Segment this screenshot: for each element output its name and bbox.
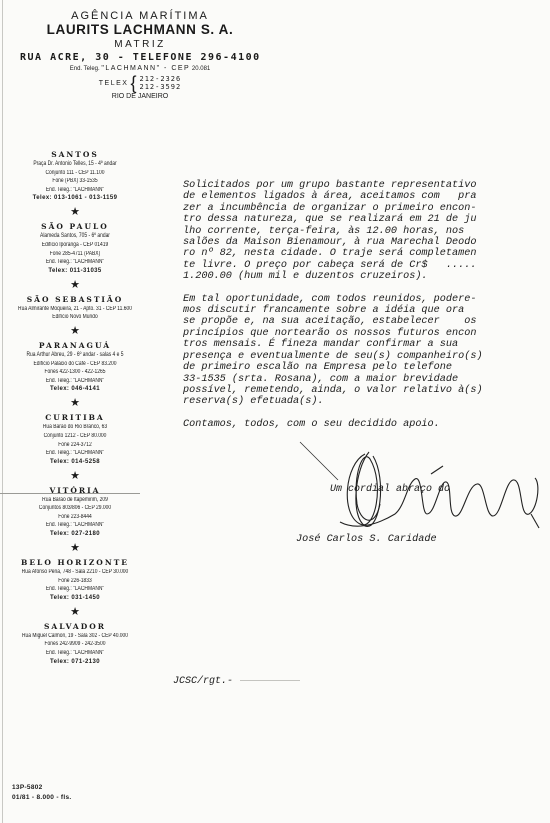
branch-detail: Edifício Novo Mundo bbox=[15, 313, 135, 322]
letter-line: Solicitados por um grupo bastante repres… bbox=[183, 180, 523, 191]
branch-detail: Conjunto 111 - CEP 11.100 bbox=[15, 169, 135, 178]
branch-detail: Fone 223-8444 bbox=[15, 513, 135, 522]
branch-telex: Telex: 013-1061 - 013-1159 bbox=[2, 194, 148, 203]
letter-line: te livre. O preço por cabeça será de Cr$… bbox=[183, 260, 523, 271]
branch-detail: Conjuntos 803/806 - CEP 29.000 bbox=[15, 504, 135, 513]
branch-detail: Rua Afonso Pena, 748 - Sala 2210 - CEP 3… bbox=[15, 568, 135, 577]
letter-line: reserva(s) efetuada(s). bbox=[183, 396, 523, 407]
branch-office: SANTOSPraça Dr. Antonio Telles, 15 - 4º … bbox=[2, 150, 148, 203]
letter-line: se propõe e, na sua aceitação, estabelec… bbox=[183, 316, 523, 327]
city: RIO DE JANEIRO bbox=[40, 92, 240, 102]
telegraph-address: End. Teleg. "LACHMANN" - CEP 20.081 bbox=[40, 64, 240, 74]
branch-detail: End. Teleg.: "LACHMANN" bbox=[15, 649, 135, 658]
letter-line: 1.200.00 (hum mil e duzentos cruzeiros). bbox=[183, 271, 523, 282]
print-run: 01/81 - 8.000 - fls. bbox=[12, 793, 71, 803]
letter-line: tro dessa natureza, que se realizará em … bbox=[183, 214, 523, 225]
branch-detail: Rua Barão de Itapemirim, 209 bbox=[15, 496, 135, 505]
branch-detail: Alameda Santos, 705 - 6º andar bbox=[15, 232, 135, 241]
telegraph-name: "LACHMANN" - CEP bbox=[101, 65, 190, 72]
branch-telex: Telex: 031-1450 bbox=[2, 594, 148, 603]
star-icon: ★ bbox=[2, 324, 148, 338]
branch-detail: End. Teleg.: "LACHMANN" bbox=[15, 186, 135, 195]
branch-office: SALVADORRua Miguel Calmon, 19 - Sala 302… bbox=[2, 622, 148, 667]
form-code: 13P-5802 bbox=[12, 783, 71, 793]
branch-detail: Edifício Iporanga - CEP 01419 bbox=[15, 241, 135, 250]
letter-paragraph: Em tal oportunidade, com todos reunidos,… bbox=[183, 294, 523, 408]
letter-line: mos discutir francamente sobre a idéia q… bbox=[183, 305, 523, 316]
letter-paragraph: Contamos, todos, com o seu decidido apoi… bbox=[183, 419, 523, 430]
branch-detail: Fone (PBX) 33-1535 bbox=[15, 177, 135, 186]
branch-telex: Telex: 046-4141 bbox=[2, 385, 148, 394]
signature-stroke-icon bbox=[298, 440, 348, 490]
telegraph-prefix: End. Teleg. bbox=[70, 66, 102, 72]
branch-name: VITÓRIA bbox=[2, 486, 148, 496]
branch-detail: End. Teleg.: "LACHMANN" bbox=[15, 377, 135, 386]
telex-block: TELEX { 212-2326 212-3592 bbox=[40, 75, 240, 91]
letter-line: tros mensais. É fineza mandar confirmar … bbox=[183, 339, 523, 350]
branch-detail: Rua Barão do Rio Branco, 63 bbox=[15, 423, 135, 432]
branch-detail: Fone 224-3712 bbox=[15, 441, 135, 450]
branch-office: PARANAGUÁRua Arthur Abreu, 29 - 6º andar… bbox=[2, 341, 148, 394]
letterhead: AGÊNCIA MARÍTIMA LAURITS LACHMANN S. A. … bbox=[40, 10, 240, 102]
branch-office: CURITIBARua Barão do Rio Branco, 63Conju… bbox=[2, 413, 148, 466]
branch-detail: Fone 285-4711 (PABX) bbox=[15, 250, 135, 259]
star-icon: ★ bbox=[2, 541, 148, 555]
branch-office: SÃO SEBASTIÃORua Almirante Moqueira, 21 … bbox=[2, 295, 148, 322]
branch-telex: Telex: 014-5258 bbox=[2, 458, 148, 467]
office-label: MATRIZ bbox=[40, 38, 240, 52]
branch-detail: Praça Dr. Antonio Telles, 15 - 4º andar bbox=[15, 160, 135, 169]
star-icon: ★ bbox=[2, 469, 148, 483]
letter-body: Solicitados por um grupo bastante repres… bbox=[183, 180, 523, 430]
telex-numbers: 212-2326 212-3592 bbox=[139, 75, 181, 91]
letter-line: Em tal oportunidade, com todos reunidos,… bbox=[183, 294, 523, 305]
closing-salutation: Um cordial abraço do bbox=[330, 484, 450, 495]
letter-line: 33-1535 (srta. Rosana), com a maior brev… bbox=[183, 374, 523, 385]
branch-detail: End. Teleg.: "LACHMANN" bbox=[15, 449, 135, 458]
star-icon: ★ bbox=[2, 205, 148, 219]
branch-name: SALVADOR bbox=[2, 622, 148, 632]
branch-detail: Fones 422-1300 - 422-1265 bbox=[15, 368, 135, 377]
letter-line: de elementos ligados à área, aceitamos c… bbox=[183, 191, 523, 202]
branch-name: SÃO PAULO bbox=[2, 222, 148, 232]
letter-line: Contamos, todos, com o seu decidido apoi… bbox=[183, 419, 523, 430]
letter-page: AGÊNCIA MARÍTIMA LAURITS LACHMANN S. A. … bbox=[0, 0, 550, 823]
branch-detail: Conjunto 1212 - CEP 80.000 bbox=[15, 432, 135, 441]
branch-detail: End. Teleg.: "LACHMANN" bbox=[15, 521, 135, 530]
form-footer: 13P-5802 01/81 - 8.000 - fls. bbox=[12, 783, 71, 803]
branch-name: PARANAGUÁ bbox=[2, 341, 148, 351]
letter-line: possível, remetendo, ainda, o valor rela… bbox=[183, 385, 523, 396]
telex-number: 212-3592 bbox=[139, 83, 181, 91]
head-office-address: RUA ACRE, 30 - TELEFONE 296-4100 bbox=[20, 52, 260, 64]
star-icon: ★ bbox=[2, 605, 148, 619]
letter-line: salões da Maison Bienamour, à rua Marech… bbox=[183, 237, 523, 248]
reference-initials: JCSC/rgt.- bbox=[173, 676, 233, 687]
brace-icon: { bbox=[130, 75, 136, 91]
branch-detail: Fone 226-1833 bbox=[15, 577, 135, 586]
branch-detail: Rua Arthur Abreu, 29 - 6º andar - salas … bbox=[15, 351, 135, 360]
branch-telex: Telex: 027-2180 bbox=[2, 530, 148, 539]
branch-name: CURITIBA bbox=[2, 413, 148, 423]
branch-office: SÃO PAULOAlameda Santos, 705 - 6º andarE… bbox=[2, 222, 148, 275]
star-icon: ★ bbox=[2, 396, 148, 410]
letter-line: princípios que nortearão os nossos futur… bbox=[183, 328, 523, 339]
branch-detail: End. Teleg.: "LACHMANN" bbox=[15, 585, 135, 594]
postal-code: 20.081 bbox=[192, 66, 210, 72]
telex-label: TELEX bbox=[99, 80, 129, 87]
signer-name: José Carlos S. Caridade bbox=[296, 534, 437, 545]
branch-name: SANTOS bbox=[2, 150, 148, 160]
branch-detail: Rua Miguel Calmon, 19 - Sala 302 - CEP 4… bbox=[15, 632, 135, 641]
branch-detail: Edifício Palácio do Café - CEP 83.200 bbox=[15, 360, 135, 369]
branch-office: BELO HORIZONTERua Afonso Pena, 748 - Sal… bbox=[2, 558, 148, 603]
letter-paragraph: Solicitados por um grupo bastante repres… bbox=[183, 180, 523, 283]
branch-telex: Telex: 071-2130 bbox=[2, 658, 148, 667]
fold-line bbox=[240, 680, 300, 681]
letter-line: zer a incumbência de organizar o primeir… bbox=[183, 203, 523, 214]
branch-telex: Telex: 011-31035 bbox=[2, 267, 148, 276]
branch-name: SÃO SEBASTIÃO bbox=[2, 295, 148, 305]
telex-number: 212-2326 bbox=[139, 75, 181, 83]
branch-detail: Rua Almirante Moqueira, 21 - Apto. 31 - … bbox=[15, 305, 135, 314]
star-icon: ★ bbox=[2, 278, 148, 292]
fold-line bbox=[0, 493, 140, 494]
branch-name: BELO HORIZONTE bbox=[2, 558, 148, 568]
branch-offices-list: SANTOSPraça Dr. Antonio Telles, 15 - 4º … bbox=[2, 150, 148, 667]
branch-detail: Fones 242-9909 - 242-3500 bbox=[15, 640, 135, 649]
letter-line: de primeiro escalão na Empresa pelo tele… bbox=[183, 362, 523, 373]
letter-line: ro nº 82, nesta cidade. O traje será com… bbox=[183, 248, 523, 259]
letter-line: lho corrente, terça-feira, às 12.00 hora… bbox=[183, 226, 523, 237]
company-name: LAURITS LACHMANN S. A. bbox=[32, 23, 248, 37]
letter-line: presença e eventualmente de seu(s) compa… bbox=[183, 351, 523, 362]
branch-detail: End. Teleg.: "LACHMANN" bbox=[15, 258, 135, 267]
